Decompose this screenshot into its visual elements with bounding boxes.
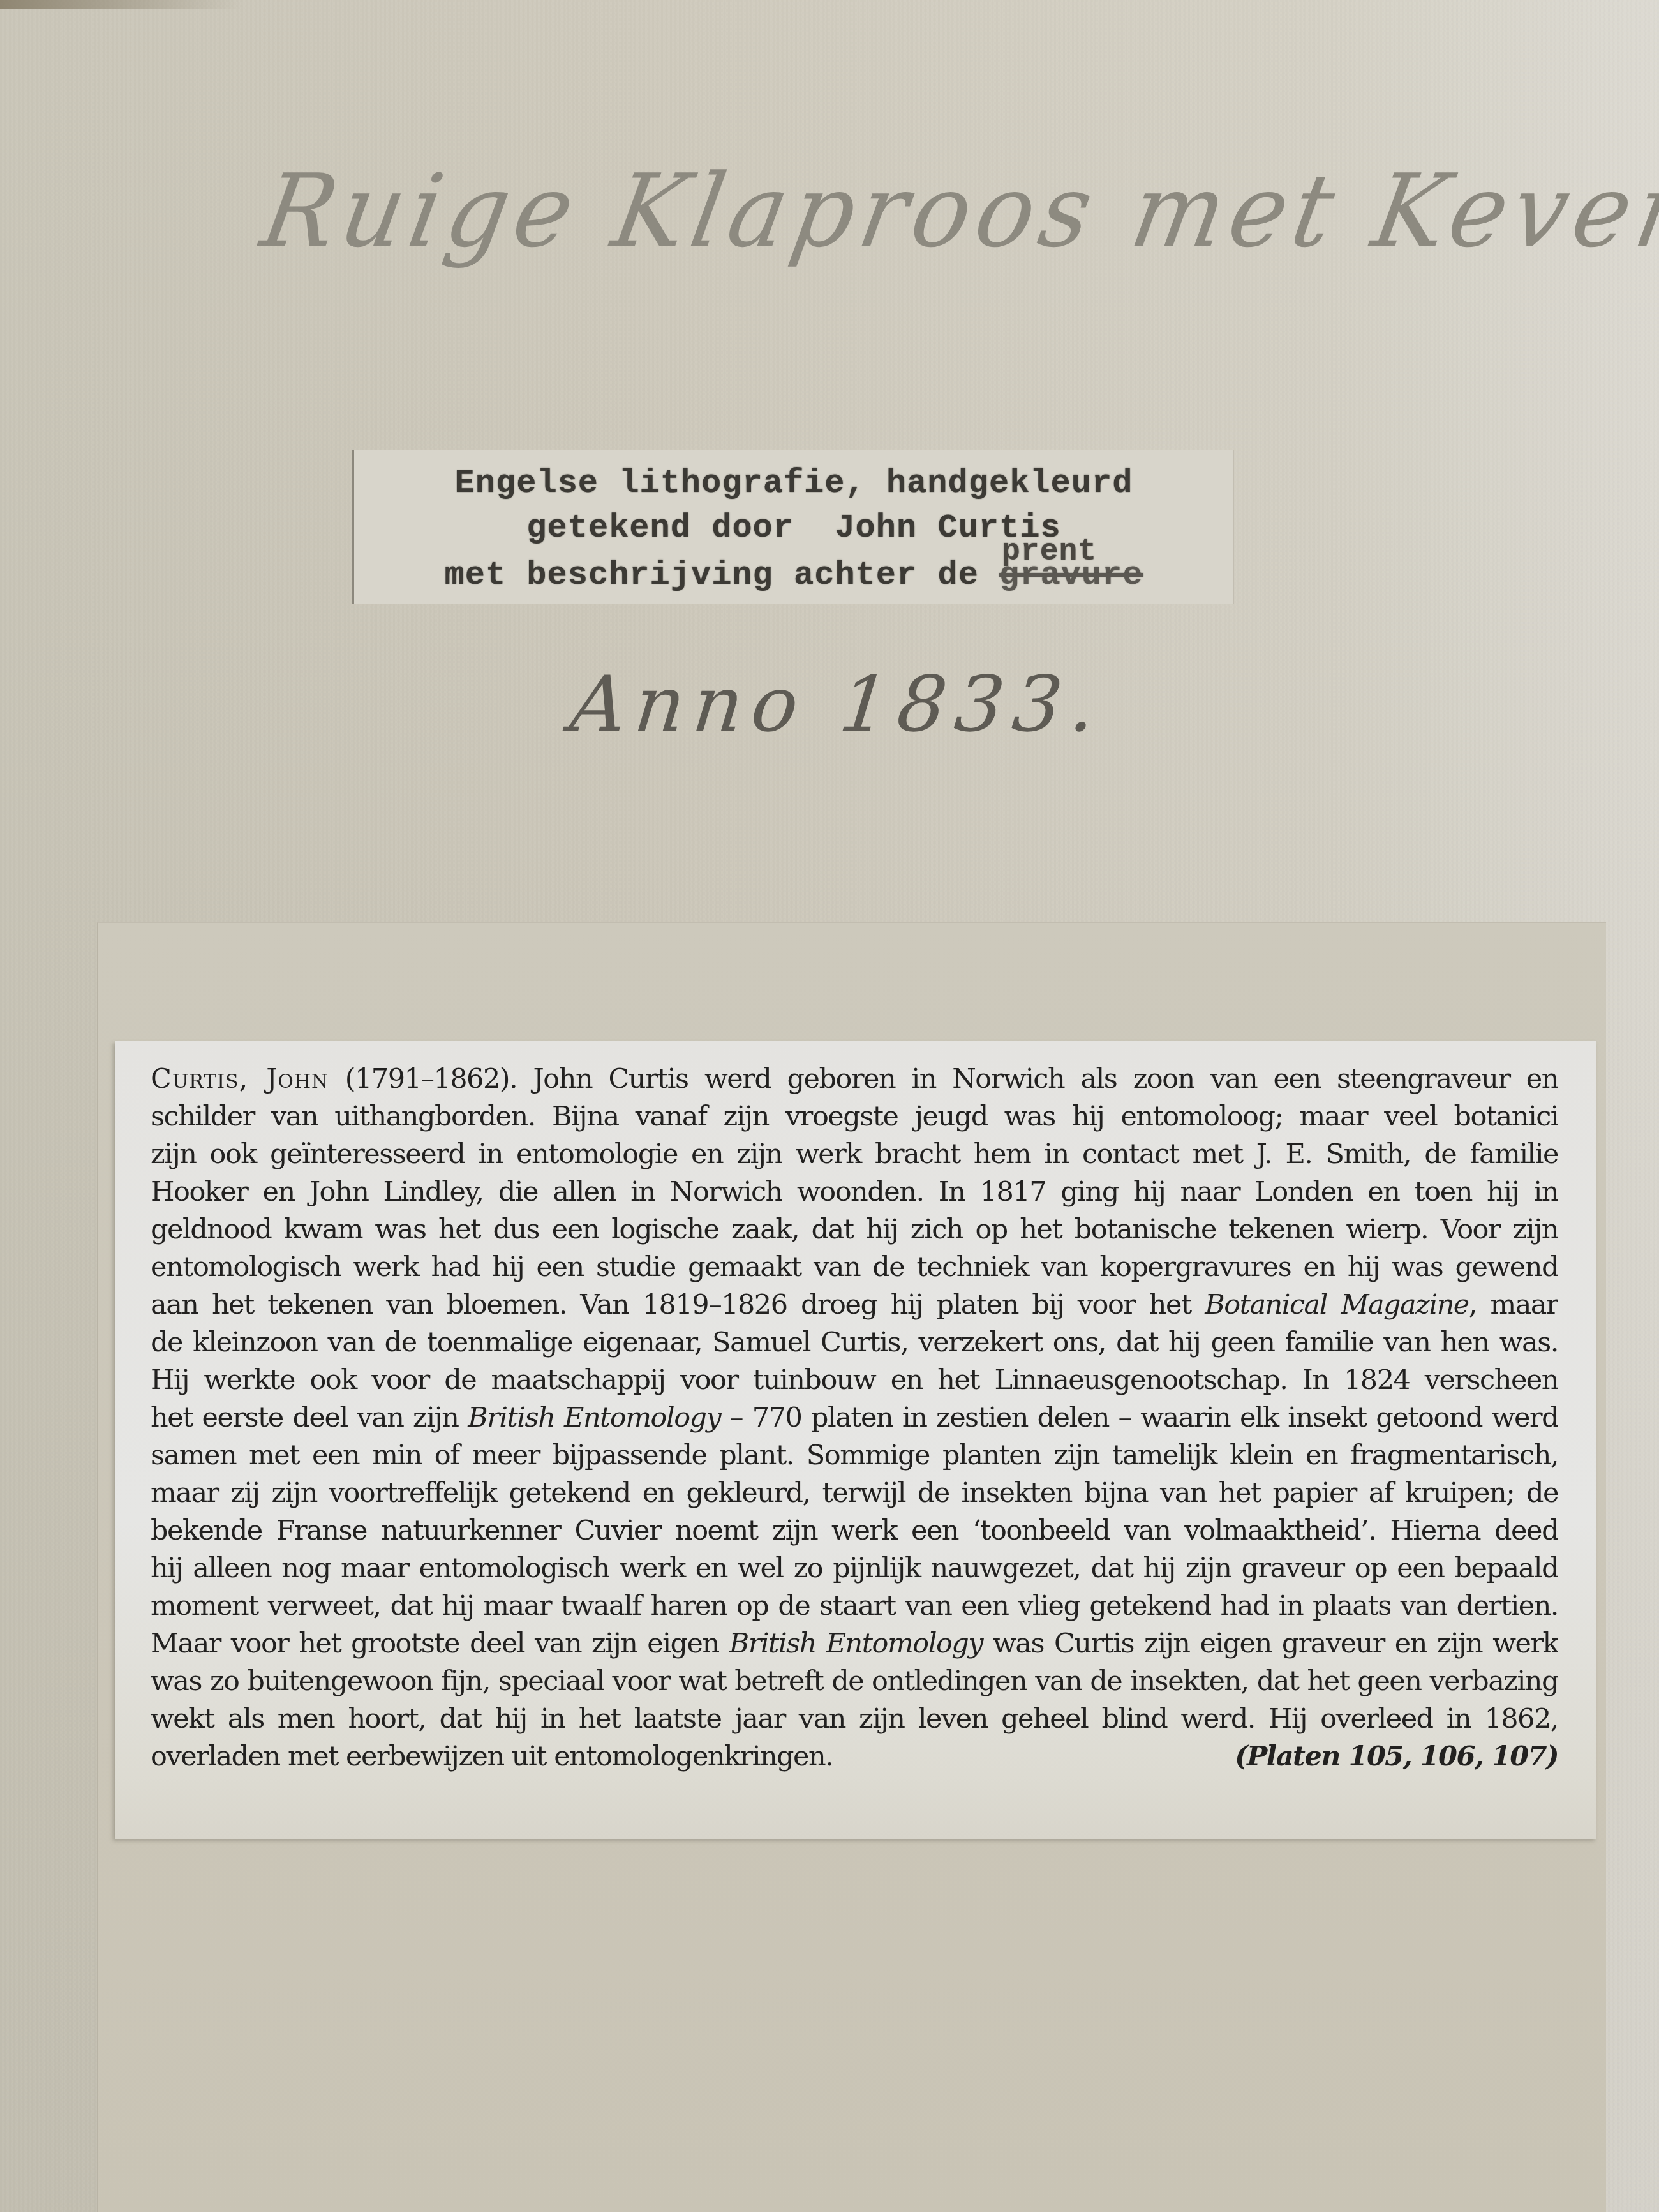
correction-word: prent [1002,535,1097,569]
struck-correction: gravureprent [999,556,1143,594]
publication-title: Botanical Magazine [1205,1289,1469,1321]
text-line: entomologisch werk had hij een studie ge… [151,1249,1558,1286]
text-line: aan het tekenen van bloemen. Van 1819–18… [151,1286,1558,1324]
text-line: geldnood kwam was het dus een logische z… [151,1211,1558,1249]
text-line: hij alleen nog maar entomologisch werk e… [151,1550,1558,1587]
text-line: maar zij zijn voortreffelijk getekend en… [151,1474,1558,1512]
text-line: samen met een min of meer bijpassende pl… [151,1437,1558,1474]
page-corner-shadow [0,0,242,9]
text-line: bekende Franse natuurkenner Cuvier noemt… [151,1512,1558,1550]
text-line: wekt als men hoort, dat hij in het laats… [151,1700,1558,1738]
text-line: schilder van uithangborden. Bijna vanaf … [151,1098,1558,1136]
handwritten-date: Anno 1833. [567,660,1109,749]
text-line: overladen met eerbewijzen uit entomologe… [151,1738,1558,1776]
text-line: was zo buitengewoon fijn, speciaal voor … [151,1663,1558,1700]
plates-reference: (Platen 105, 106, 107) [1235,1738,1558,1776]
typed-label: Engelse lithografie, handgekleurd geteke… [352,450,1233,604]
text-line: de kleinzoon van de toenmalige eigenaar,… [151,1324,1558,1362]
text-line: Hij werkte ook voor de maatschappij voor… [151,1362,1558,1399]
handwritten-title: Ruige Klaproos met Kevertje [254,153,1487,270]
text-line: het eerste deel van zijn British Entomol… [151,1399,1558,1437]
typed-line-3: met beschrijving achter de gravureprent [354,556,1233,594]
typed-line-3-prefix: met beschrijving achter de [445,556,1000,594]
text-line: moment verweet, dat hij maar twaalf hare… [151,1587,1558,1625]
publication-title: British Entomology [468,1402,720,1434]
publication-title: British Entomology [729,1628,983,1659]
biography-text: Curtis, John (1791–1862). John Curtis we… [151,1060,1558,1776]
text-line: Curtis, John (1791–1862). John Curtis we… [151,1060,1558,1098]
typed-line-1: Engelse lithografie, handgekleurd [354,464,1233,502]
typed-line-2: getekend door John Curtis [354,509,1233,547]
text-line: zijn ook geïnteresseerd in entomologie e… [151,1136,1558,1173]
text-line: Hooker en John Lindley, die allen in Nor… [151,1173,1558,1211]
text-line: Maar voor het grootste deel van zijn eig… [151,1625,1558,1663]
biography-clipping: Curtis, John (1791–1862). John Curtis we… [115,1041,1596,1839]
entry-heading: Curtis, John [151,1063,329,1095]
